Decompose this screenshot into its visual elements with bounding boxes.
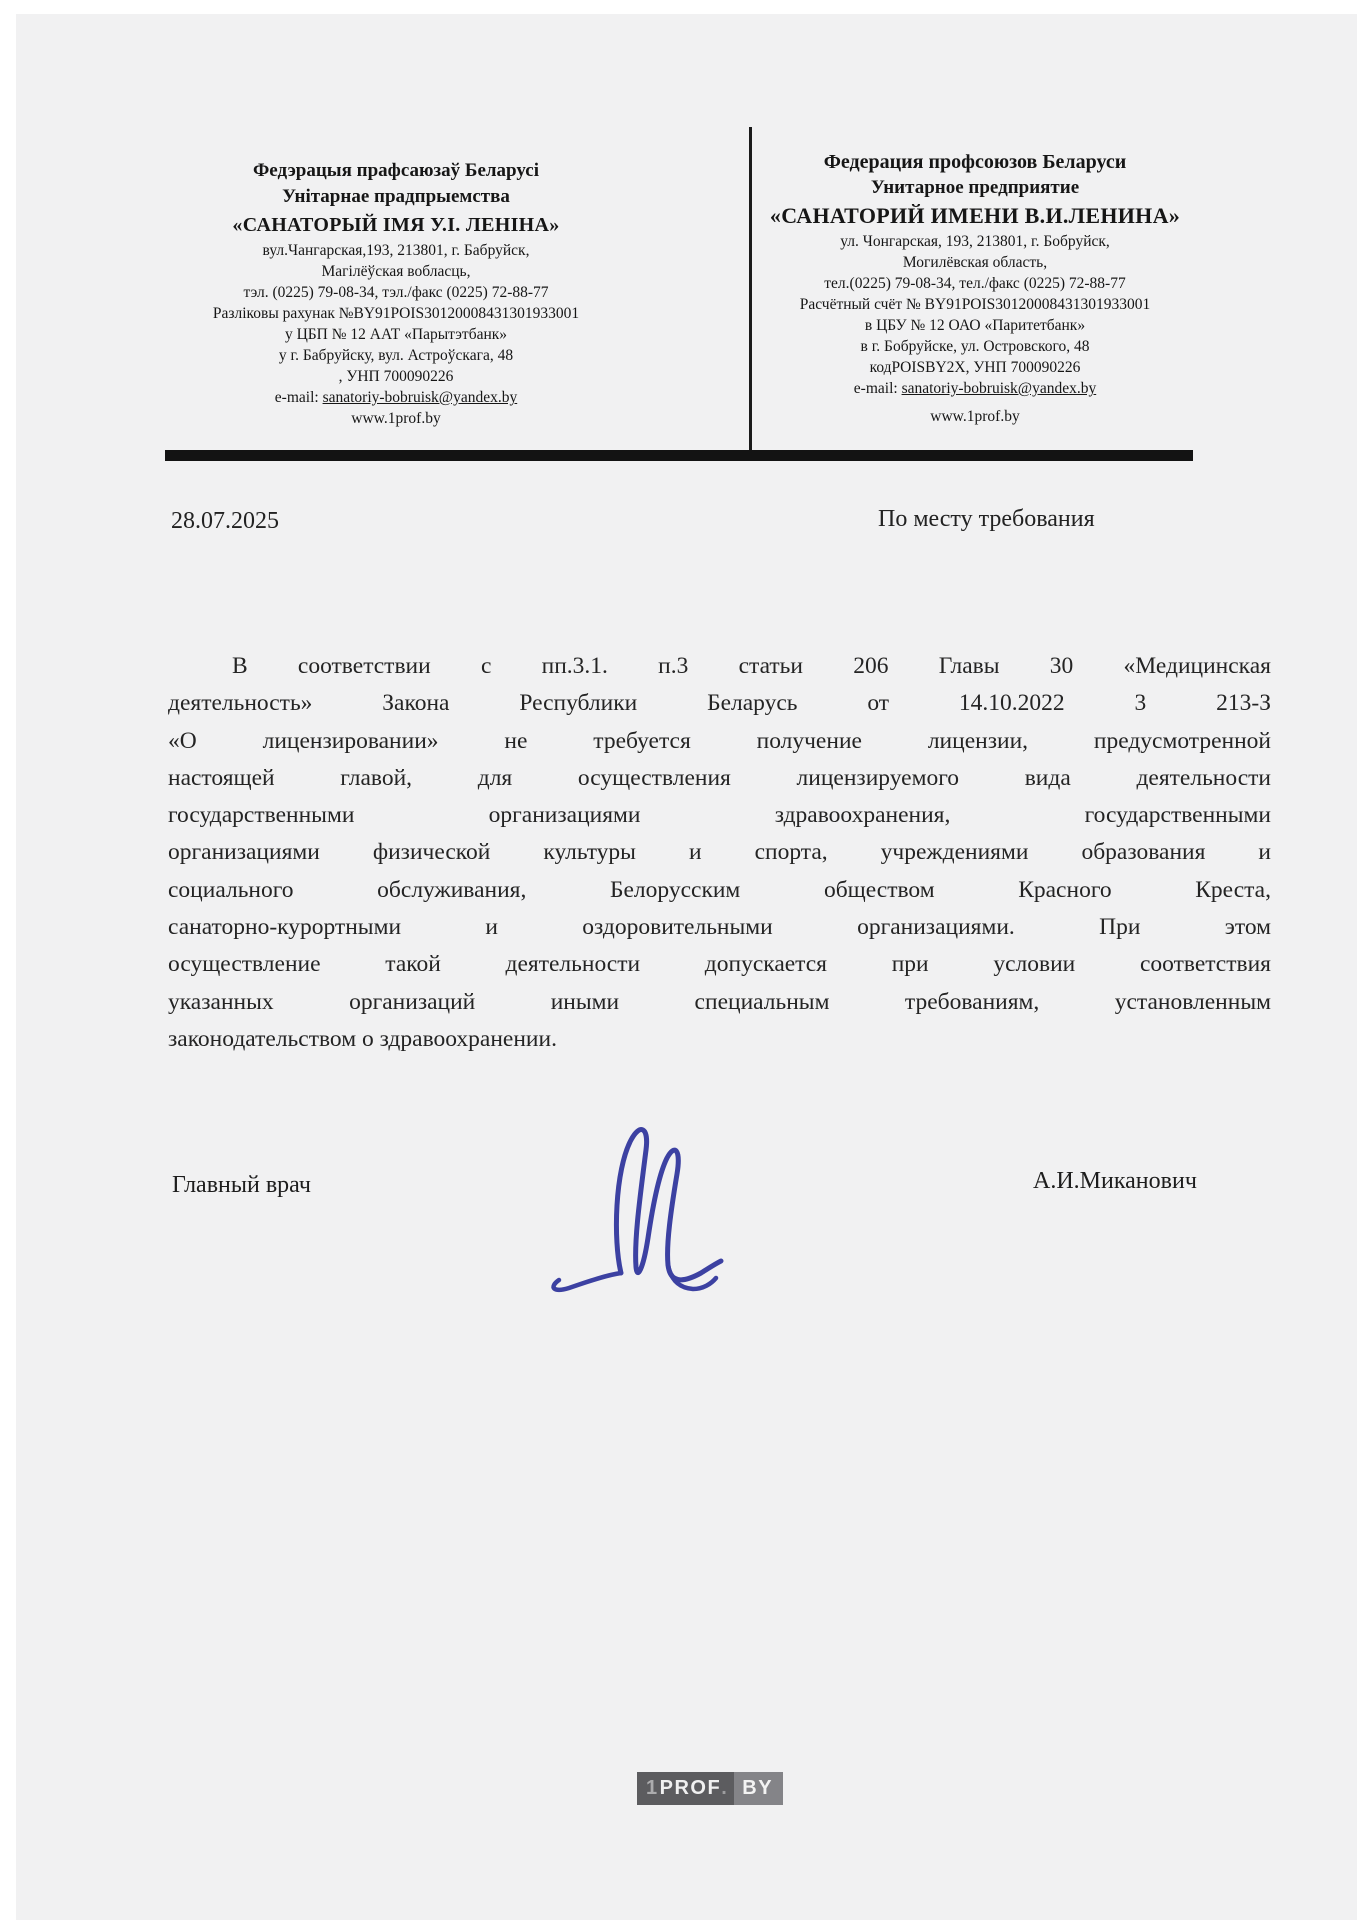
body-line: настоящей главой, для осуществления лице… xyxy=(168,760,1271,797)
letter-date: 28.07.2025 xyxy=(171,508,279,535)
body-line: указанных организаций иными специальным … xyxy=(168,984,1271,1021)
email-label: e-mail: xyxy=(275,389,323,406)
enterprise-type-ru: Унитарное предприятие xyxy=(758,175,1192,201)
organization-name-ru: «САНАТОРИЙ ИМЕНИ В.И.ЛЕНИНА» xyxy=(758,201,1192,231)
bank-address-line: в г. Бобруйске, ул. Островского, 48 xyxy=(758,336,1192,357)
email-line: e-mail: sanatoriy-bobruisk@yandex.by xyxy=(165,387,627,408)
body-line: социального обслуживания, Белорусским об… xyxy=(168,872,1271,909)
bank-account-line: Разліковы рахунак №BY91POIS3012000843130… xyxy=(165,303,627,324)
body-line: деятельность» Закона Республики Беларусь… xyxy=(168,685,1271,722)
address-line: Могилёвская область, xyxy=(758,252,1192,273)
body-line: осуществление такой деятельности допуска… xyxy=(168,946,1271,983)
unp-line: кодPOISBY2X, УНП 700090226 xyxy=(758,357,1192,378)
letterhead-right-column: Федерация профсоюзов Беларуси Унитарное … xyxy=(758,149,1192,427)
handwritten-signature xyxy=(545,1112,755,1307)
scanned-letter-page: Федэрацыя прафсаюзаў Беларусі Унітарнае … xyxy=(0,0,1357,1920)
watermark-prof-text: PROF xyxy=(660,1777,722,1800)
watermark-dot: . xyxy=(721,1777,728,1800)
watermark-digit: 1 xyxy=(646,1777,659,1800)
address-line: вул.Чангарская,193, 213801, г. Бабруйск, xyxy=(165,240,627,261)
body-line: «О лицензировании» не требуется получени… xyxy=(168,723,1271,760)
letterhead-left-column: Федэрацыя прафсаюзаў Беларусі Унітарнае … xyxy=(165,158,627,429)
bank-address-line: у г. Бабруйску, вул. Астроўскага, 48 xyxy=(165,345,627,366)
letter-recipient: По месту требования xyxy=(878,506,1095,533)
bank-account-line: Расчётный счёт № BY91POIS301200084313019… xyxy=(758,294,1192,315)
body-line: санаторно-курортными и оздоровительными … xyxy=(168,909,1271,946)
address-line: Магілёўская вобласць, xyxy=(165,261,627,282)
watermark-right-segment: BY xyxy=(734,1772,783,1805)
body-line: организациями физической культуры и спор… xyxy=(168,834,1271,871)
bank-name-line: у ЦБП № 12 ААТ «Парытэтбанк» xyxy=(165,324,627,345)
letterhead-bottom-rule xyxy=(165,450,1193,461)
watermark-left-segment: 1PROF. xyxy=(637,1772,734,1805)
email-label: e-mail: xyxy=(854,380,902,397)
address-line: ул. Чонгарская, 193, 213801, г. Бобруйск… xyxy=(758,231,1192,252)
body-line: законодательством о здравоохранении. xyxy=(168,1021,1271,1058)
organization-name-by: «САНАТОРЫЙ ІМЯ У.І. ЛЕНІНА» xyxy=(165,210,627,240)
unp-line: , УНП 700090226 xyxy=(165,366,627,387)
1prof-by-watermark: 1PROF. BY xyxy=(637,1772,783,1805)
letter-body: В соответствии с пп.3.1. п.3 статьи 206 … xyxy=(168,648,1271,1058)
federation-name-by: Федэрацыя прафсаюзаў Беларусі xyxy=(165,158,627,184)
website-line: www.1prof.by xyxy=(758,406,1192,427)
enterprise-type-by: Унітарнае прадпрыемства xyxy=(165,184,627,210)
body-line: государственными организациями здравоохр… xyxy=(168,797,1271,834)
bank-name-line: в ЦБУ № 12 ОАО «Паритетбанк» xyxy=(758,315,1192,336)
website-line: www.1prof.by xyxy=(165,408,627,429)
watermark-by-text: BY xyxy=(742,1777,773,1800)
phone-line: тэл. (0225) 79-08-34, тэл./факс (0225) 7… xyxy=(165,282,627,303)
email-line: e-mail: sanatoriy-bobruisk@yandex.by xyxy=(758,378,1192,399)
email-address: sanatoriy-bobruisk@yandex.by xyxy=(902,380,1097,397)
signer-name: А.И.Миканович xyxy=(1033,1168,1197,1195)
phone-line: тел.(0225) 79-08-34, тел./факс (0225) 72… xyxy=(758,273,1192,294)
federation-name-ru: Федерация профсоюзов Беларуси xyxy=(758,149,1192,175)
letterhead-column-divider xyxy=(749,127,752,450)
body-line: В соответствии с пп.3.1. п.3 статьи 206 … xyxy=(168,648,1271,685)
signer-role: Главный врач xyxy=(172,1172,311,1199)
email-address: sanatoriy-bobruisk@yandex.by xyxy=(323,389,518,406)
